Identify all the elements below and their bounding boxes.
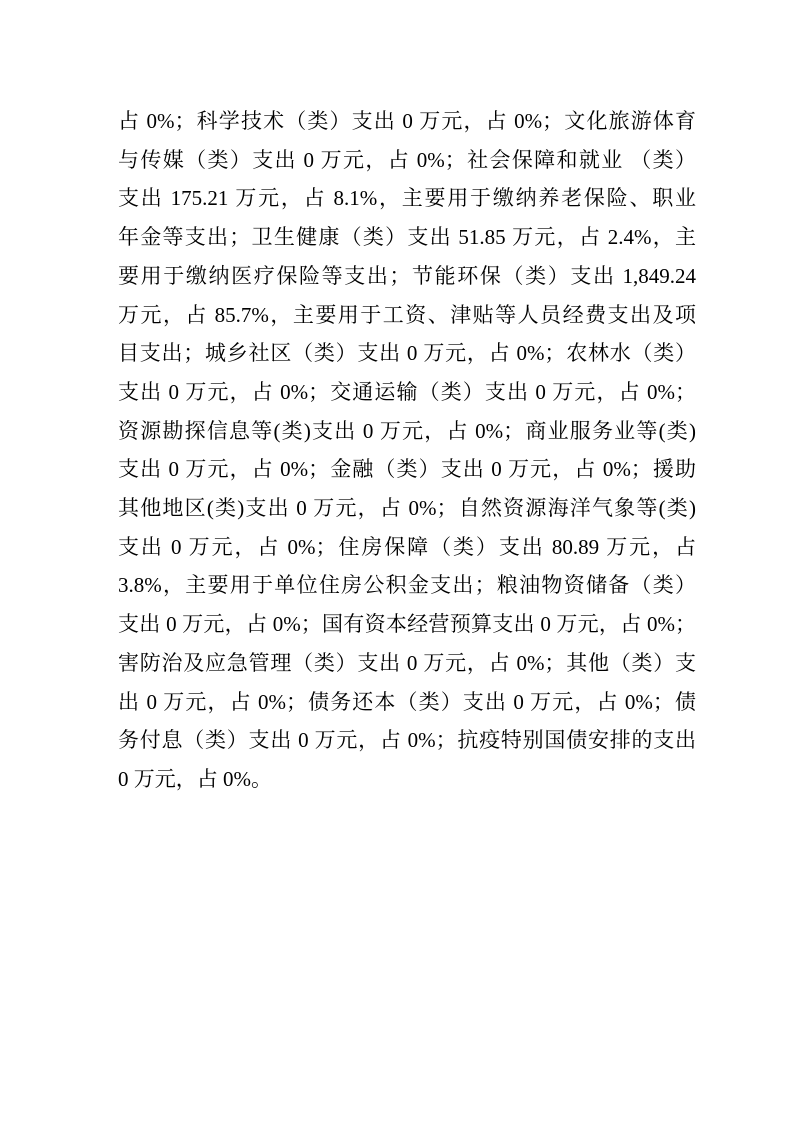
text-line-18: 0 万元，占 0%。 xyxy=(118,760,696,799)
text-line-2: 与传媒（类）支出 0 万元，占 0%；社会保障和就业 （类） xyxy=(118,141,696,180)
text-line-8: 支出 0 万元，占 0%；交通运输（类）支出 0 万元，占 0%； xyxy=(118,373,696,412)
document-page: 占 0%；科学技术（类）支出 0 万元，占 0%；文化旅游体育 与传媒（类）支出… xyxy=(0,0,793,1122)
text-line-16: 出 0 万元，占 0%；债务还本（类）支出 0 万元，占 0%；债 xyxy=(118,683,696,722)
text-line-9: 资源勘探信息等(类)支出 0 万元，占 0%；商业服务业等(类) xyxy=(118,412,696,451)
text-line-13: 3.8%，主要用于单位住房公积金支出；粮油物资储备（类） xyxy=(118,566,696,605)
text-line-4: 年金等支出；卫生健康（类）支出 51.85 万元，占 2.4%，主 xyxy=(118,218,696,257)
text-line-1: 占 0%；科学技术（类）支出 0 万元，占 0%；文化旅游体育 xyxy=(118,102,696,141)
text-line-15: 害防治及应急管理（类）支出 0 万元，占 0%；其他（类）支 xyxy=(118,644,696,683)
text-line-3: 支出 175.21 万元，占 8.1%，主要用于缴纳养老保险、职业 xyxy=(118,179,696,218)
text-line-14: 支出 0 万元，占 0%；国有资本经营预算支出 0 万元，占 0%； xyxy=(118,605,696,644)
text-line-5: 要用于缴纳医疗保险等支出；节能环保（类）支出 1,849.24 xyxy=(118,257,696,296)
budget-expenditure-paragraph: 占 0%；科学技术（类）支出 0 万元，占 0%；文化旅游体育 与传媒（类）支出… xyxy=(118,102,696,799)
text-line-10: 支出 0 万元，占 0%；金融（类）支出 0 万元，占 0%；援助 xyxy=(118,450,696,489)
text-line-17: 务付息（类）支出 0 万元，占 0%；抗疫特别国债安排的支出 xyxy=(118,721,696,760)
text-line-6: 万元，占 85.7%，主要用于工资、津贴等人员经费支出及项 xyxy=(118,296,696,335)
text-line-7: 目支出；城乡社区（类）支出 0 万元，占 0%；农林水（类） xyxy=(118,334,696,373)
text-line-11: 其他地区(类)支出 0 万元，占 0%；自然资源海洋气象等(类) xyxy=(118,489,696,528)
text-line-12: 支出 0 万元，占 0%；住房保障（类）支出 80.89 万元，占 xyxy=(118,528,696,567)
